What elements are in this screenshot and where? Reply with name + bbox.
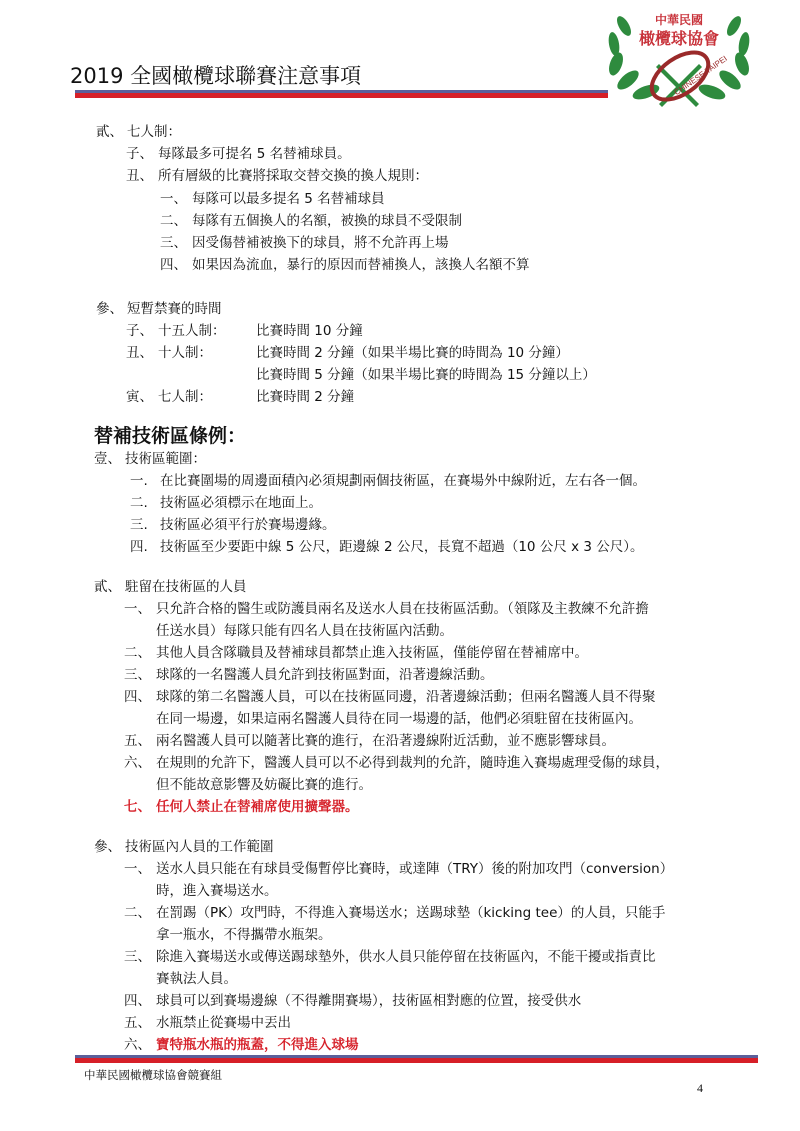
item-label: 十五人制： [158, 321, 226, 341]
item-marker: 七、 [124, 797, 151, 817]
item-text: 水瓶禁止從賽場中丟出 [156, 1013, 291, 1033]
section-marker: 參、 [96, 299, 123, 319]
footer-org: 中華民國橄欖球協會競賽組 [84, 1067, 222, 1083]
item-marker: 丑、 [126, 166, 153, 186]
tech-zone-heading: 替補技術區條例： [94, 421, 246, 448]
item-marker: 一、 [160, 189, 187, 209]
item-text: 除進入賽場送水或傳送踢球墊外，供水人員只能停留在技術區內，不能干擾或指責比 [156, 947, 656, 967]
item-marker: 五、 [124, 1013, 151, 1033]
item-text: 拿一瓶水，不得攜帶水瓶架。 [156, 925, 332, 945]
item-text: 技術區至少要距中線 5 公尺，距邊線 2 公尺，長寬不超過（10 公尺 x 3 … [160, 537, 644, 557]
item-text: 在罰踢（PK）攻門時，不得進入賽場送水；送踢球墊（kicking tee）的人員… [156, 903, 665, 923]
section-title: 技術區範圍： [125, 449, 206, 469]
item-text: 比賽時間 2 分鐘（如果半場比賽的時間為 10 分鐘） [256, 343, 569, 363]
item-text: 技術區必須平行於賽場邊緣。 [160, 515, 336, 535]
item-text: 其他人員含隊職員及替補球員都禁止進入技術區，僅能停留在替補席中。 [156, 643, 588, 663]
item-marker: 一、 [124, 859, 151, 879]
item-text: 寶特瓶水瓶的瓶蓋，不得進入球場 [156, 1035, 359, 1055]
item-text: 賽執法人員。 [156, 969, 237, 989]
footer-rule-red [75, 1058, 758, 1063]
item-text: 在同一場邊，如果這兩名醫護人員待在同一場邊的話，他們必須駐留在技術區內。 [156, 709, 642, 729]
item-text: 任送水員）每隊只能有四名人員在技術區內活動。 [156, 621, 453, 641]
item-label: 十人制： [158, 343, 212, 363]
logo-emblem-icon: CHINESE TAIPEI 中華民國 橄欖球協會 [604, 4, 754, 112]
item-text: 球隊的一名醫護人員允許到技術區對面，沿著邊線活動。 [156, 665, 494, 685]
item-text: 所有層級的比賽將採取交替交換的換人規則： [158, 166, 428, 186]
item-text: 球隊的第二名醫護人員，可以在技術區同邊，沿著邊線活動；但兩名醫護人員不得聚 [156, 687, 656, 707]
item-text: 在規則的允許下，醫護人員可以不必得到裁判的允許，隨時進入賽場處理受傷的球員， [156, 753, 669, 773]
item-marker: 一. [130, 471, 148, 491]
item-marker: 寅、 [126, 387, 153, 407]
section-title: 技術區內人員的工作範圍 [125, 837, 274, 857]
page-number: 4 [697, 1081, 703, 1096]
section-title: 七人制： [127, 122, 181, 142]
item-marker: 四、 [124, 687, 151, 707]
item-text: 技術區必須標示在地面上。 [160, 493, 322, 513]
item-text: 比賽時間 5 分鐘（如果半場比賽的時間為 15 分鐘以上） [256, 365, 596, 385]
item-marker: 二、 [124, 643, 151, 663]
item-marker: 四、 [124, 991, 151, 1011]
item-marker: 二、 [160, 211, 187, 231]
item-marker: 四、 [160, 255, 187, 275]
section-marker: 貳、 [94, 577, 121, 597]
svg-text:中華民國: 中華民國 [655, 12, 703, 27]
item-text: 因受傷替補被換下的球員，將不允許再上場 [192, 233, 449, 253]
item-marker: 三、 [124, 947, 151, 967]
item-marker: 六、 [124, 1035, 151, 1055]
item-text: 每隊最多可提名 5 名替補球員。 [158, 144, 351, 164]
item-text: 送水人員只能在有球員受傷暫停比賽時，或達陣（TRY）後的附加攻門（convers… [156, 859, 673, 879]
item-label: 七人制： [158, 387, 212, 407]
association-logo: CHINESE TAIPEI 中華民國 橄欖球協會 [604, 4, 754, 112]
svg-text:橄欖球協會: 橄欖球協會 [639, 29, 719, 48]
section-title: 短暫禁賽的時間 [127, 299, 222, 319]
section-marker: 參、 [94, 837, 121, 857]
section-marker: 壹、 [94, 449, 121, 469]
item-marker: 六、 [124, 753, 151, 773]
item-marker: 二、 [124, 903, 151, 923]
section-title: 駐留在技術區的人員 [125, 577, 247, 597]
item-text: 但不能故意影響及妨礙比賽的進行。 [156, 775, 372, 795]
item-text: 如果因為流血，暴行的原因而替補換人，該換人名額不算 [192, 255, 530, 275]
item-text: 比賽時間 2 分鐘 [256, 387, 354, 407]
item-marker: 三、 [124, 665, 151, 685]
item-marker: 子、 [126, 321, 153, 341]
item-text: 只允許合格的醫生或防護員兩名及送水人員在技術區活動。（領隊及主教練不允許擔 [156, 599, 649, 619]
item-text: 每隊可以最多提名 5 名替補球員 [192, 189, 385, 209]
item-text: 每隊有五個換人的名額，被換的球員不受限制 [192, 211, 462, 231]
item-marker: 丑、 [126, 343, 153, 363]
item-marker: 子、 [126, 144, 153, 164]
item-text: 兩名醫護人員可以隨著比賽的進行，在沿著邊線附近活動，並不應影響球員。 [156, 731, 615, 751]
item-text: 任何人禁止在替補席使用擴聲器。 [156, 797, 359, 817]
item-marker: 一、 [124, 599, 151, 619]
item-text: 比賽時間 10 分鐘 [256, 321, 363, 341]
section-marker: 貳、 [96, 122, 123, 142]
item-marker: 五、 [124, 731, 151, 751]
item-marker: 三. [130, 515, 148, 535]
item-marker: 四. [130, 537, 148, 557]
item-marker: 三、 [160, 233, 187, 253]
header-rule-red [75, 93, 608, 98]
item-text: 在比賽圍場的周邊面積內必須規劃兩個技術區，在賽場外中線附近，左右各一個。 [160, 471, 646, 491]
item-text: 球員可以到賽場邊線（不得離開賽場），技術區相對應的位置，接受供水 [156, 991, 581, 1011]
document-title: 2019 全國橄欖球聯賽注意事項 [70, 60, 361, 90]
item-text: 時，進入賽場送水。 [156, 881, 278, 901]
item-marker: 二. [130, 493, 148, 513]
